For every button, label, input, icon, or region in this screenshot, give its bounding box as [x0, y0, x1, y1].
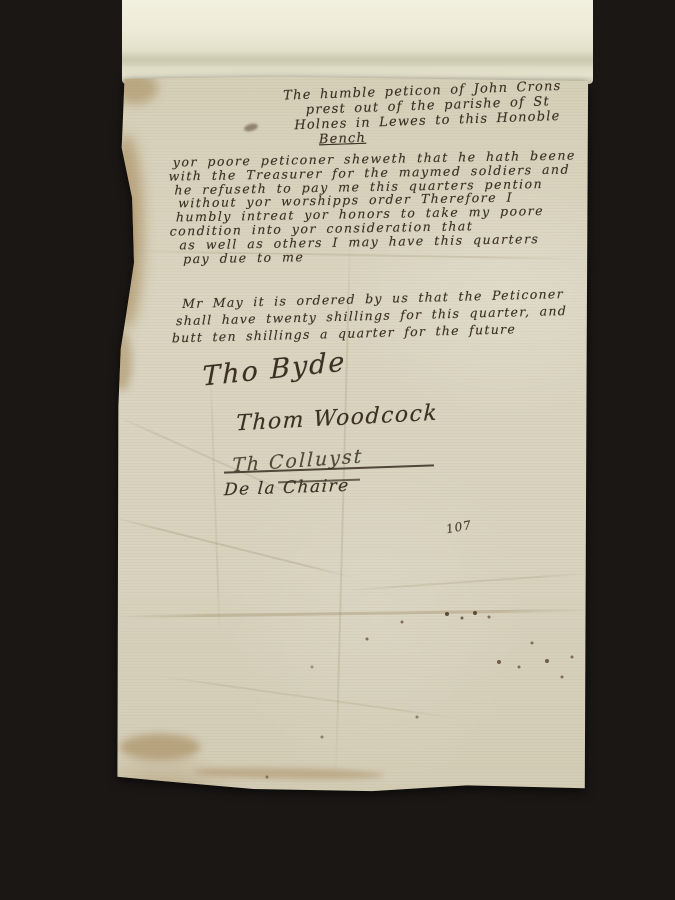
folio-number: 107: [445, 518, 473, 536]
manuscript-page: The humble peticon of John Crons prest o…: [116, 76, 590, 794]
petition-heading: The humble peticon of John Crons prest o…: [265, 79, 563, 149]
crease-line: [346, 573, 586, 592]
crease-line: [157, 675, 454, 719]
petition-body: yor poore peticoner sheweth that he hath…: [171, 148, 576, 265]
crease-line: [209, 366, 220, 636]
signature: Tho Byde: [202, 346, 346, 392]
guard-sheet-page: [122, 0, 593, 84]
stain-left-edge: [108, 134, 144, 329]
crease-line: [109, 516, 352, 578]
stain-top-left: [112, 72, 158, 104]
stain-bottom-left: [120, 734, 200, 760]
court-order-note: Mr May it is ordered by us that the Peti…: [182, 285, 567, 346]
ink-smudge: [243, 122, 258, 132]
fold-shadow: [122, 50, 593, 66]
stain-bottom-streak: [194, 766, 384, 780]
ink-speckles: [116, 76, 118, 78]
crease-line: [116, 609, 590, 618]
stain-left-edge-dark: [114, 194, 132, 289]
signature: Thom Woodcock: [236, 401, 439, 437]
manuscript-page-wrap: The humble peticon of John Crons prest o…: [116, 76, 590, 794]
photo-background: The humble peticon of John Crons prest o…: [0, 0, 675, 900]
stain-left-lower: [112, 331, 132, 391]
